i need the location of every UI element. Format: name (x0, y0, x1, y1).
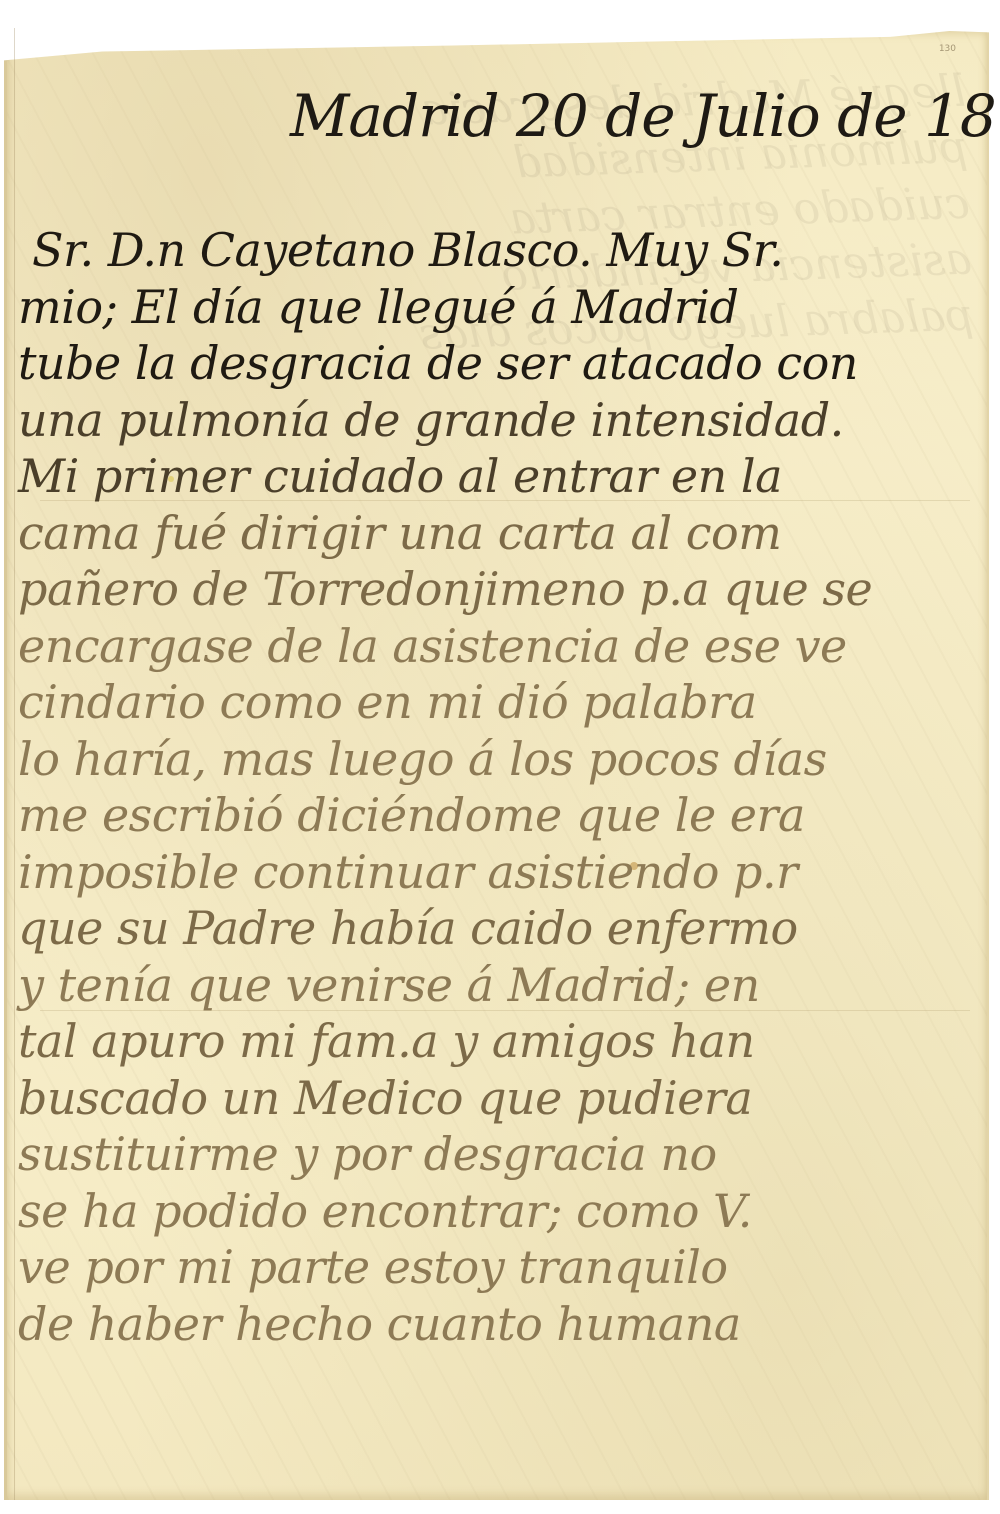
letter-line: sustituirme y por desgracia no (18, 1126, 978, 1183)
letter-line: mio; El día que llegué á Madrid (18, 279, 978, 336)
letter-line: Sr. D.n Cayetano Blasco. Muy Sr. (18, 222, 978, 279)
archive-number: 130 (939, 44, 956, 54)
page-left-edge (14, 28, 15, 1500)
letter-line: se ha podido encontrar; como V. (18, 1183, 978, 1240)
letter-line: cama fué dirigir una carta al com (18, 505, 978, 562)
letter-line: tal apuro mi fam.a y amigos han (18, 1013, 978, 1070)
letter-line: lo haría, mas luego á los pocos días (18, 731, 978, 788)
letter-line: pañero de Torredonjimeno p.a que se (18, 561, 978, 618)
letter-body: Sr. D.n Cayetano Blasco. Muy Sr. mio; El… (18, 222, 978, 1352)
letter-line: imposible continuar asistiendo p.r (18, 844, 978, 901)
letter-line: que su Padre había caido enfermo (18, 900, 978, 957)
letter-line: tube la desgracia de ser atacado con (18, 335, 978, 392)
letter-line: encargase de la asistencia de ese ve (18, 618, 978, 675)
letter-line: y tenía que venirse á Madrid; en (18, 957, 978, 1014)
letter-dateline: Madrid 20 de Julio de 1876, (290, 82, 970, 150)
letter-line: una pulmonía de grande intensidad. (18, 392, 978, 449)
letter-line: ve por mi parte estoy tranquilo (18, 1239, 978, 1296)
letter-line: de haber hecho cuanto humana (18, 1296, 978, 1353)
letter-line: Mi primer cuidado al entrar en la (18, 448, 978, 505)
letter-line: cindario como en mi dió palabra (18, 674, 978, 731)
letter-line: me escribió diciéndome que le era (18, 787, 978, 844)
letter-line: buscado un Medico que pudiera (18, 1070, 978, 1127)
